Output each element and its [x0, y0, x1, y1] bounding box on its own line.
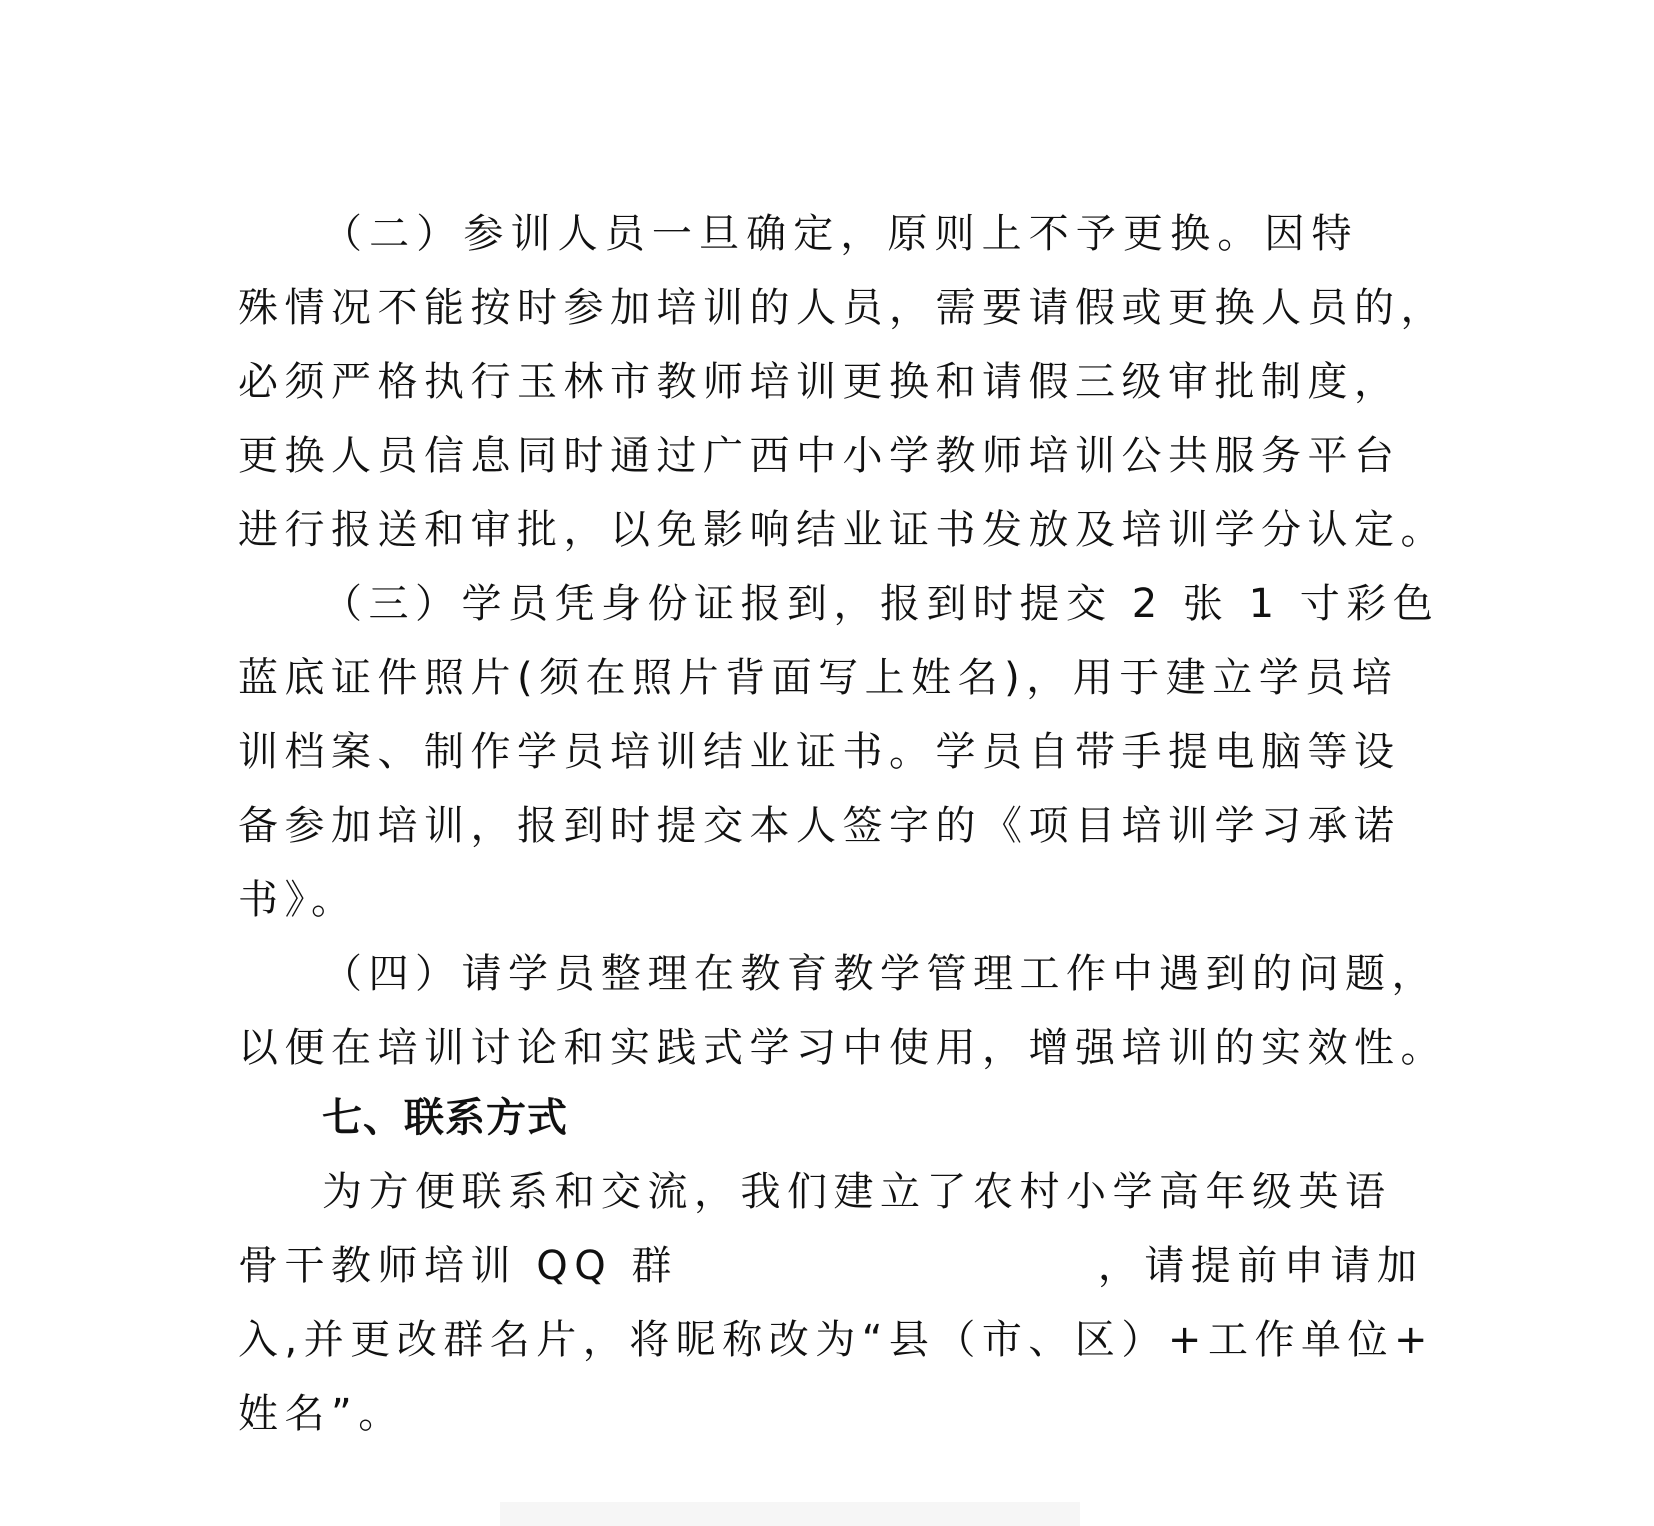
- paragraph-item-3-line-4: 备参加培训，报到时提交本人签字的《项目培训学习承诺: [238, 802, 1358, 850]
- paragraph-item-3-line-1: （三）学员凭身份证报到，报到时提交 2 张 1 寸彩色: [322, 580, 1358, 628]
- paragraph-item-4-line-1: （四）请学员整理在教育教学管理工作中遇到的问题，: [322, 950, 1358, 998]
- paragraph-item-2-line-1: （二）参训人员一旦确定，原则上不予更换。因特: [322, 210, 1358, 258]
- paragraph-item-3-line-2: 蓝底证件照片(须在照片背面写上姓名)，用于建立学员培: [238, 654, 1358, 702]
- document-page: （二）参训人员一旦确定，原则上不予更换。因特 殊情况不能按时参加培训的人员，需要…: [0, 0, 1654, 1526]
- paragraph-item-2-line-5: 进行报送和审批，以免影响结业证书发放及培训学分认定。: [238, 506, 1358, 554]
- paragraph-contact-line-3: 入,并更改群名片，将昵称改为“县（市、区）+工作单位+: [238, 1316, 1358, 1364]
- redacted-qq-number: [678, 1278, 1098, 1279]
- paragraph-item-2-line-2: 殊情况不能按时参加培训的人员，需要请假或更换人员的，: [238, 284, 1358, 332]
- page-bottom-box: [500, 1502, 1080, 1526]
- paragraph-item-3-line-3: 训档案、制作学员培训结业证书。学员自带手提电脑等设: [238, 728, 1358, 776]
- paragraph-item-2-line-3: 必须严格执行玉林市教师培训更换和请假三级审批制度，: [238, 358, 1358, 406]
- paragraph-contact-line-1: 为方便联系和交流，我们建立了农村小学高年级英语: [322, 1168, 1358, 1216]
- paragraph-contact-line-2: 骨干教师培训 QQ 群，请提前申请加: [238, 1242, 1358, 1290]
- section-heading-contact: 七、联系方式: [322, 1094, 568, 1142]
- paragraph-contact-line-4: 姓名”。: [238, 1390, 1358, 1438]
- paragraph-item-3-line-5: 书》。: [238, 876, 1358, 924]
- qq-group-label: 骨干教师培训 QQ 群: [238, 1243, 678, 1289]
- paragraph-item-2-line-4: 更换人员信息同时通过广西中小学教师培训公共服务平台: [238, 432, 1358, 480]
- paragraph-item-4-line-2: 以便在培训讨论和实践式学习中使用，增强培训的实效性。: [238, 1024, 1358, 1072]
- qq-group-instruction: ，请提前申请加: [1098, 1243, 1424, 1289]
